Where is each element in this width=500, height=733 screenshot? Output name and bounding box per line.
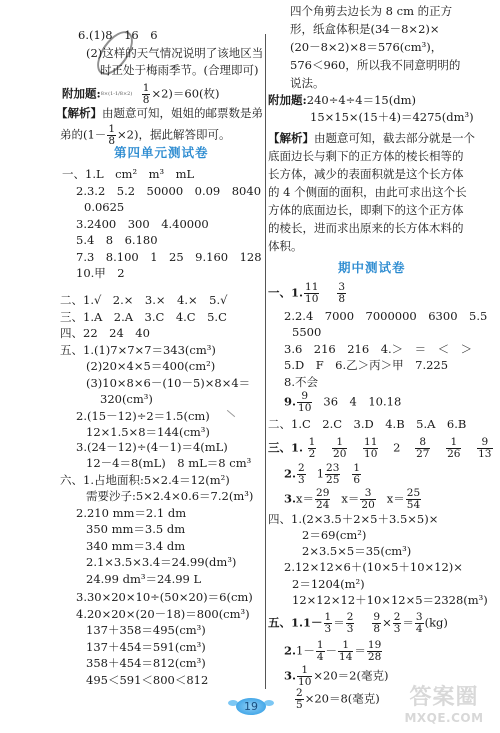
answer-line: 5.D F 6.乙＞丙＞甲 7.225 bbox=[284, 358, 448, 372]
answer-line: (20－8×2)×8＝576(cm³)， bbox=[290, 40, 442, 54]
analysis-label: 【解析】 bbox=[268, 131, 314, 145]
answer-line: 2×3.5×5＝35(cm³) bbox=[302, 544, 411, 558]
fraction: 18 bbox=[107, 124, 116, 147]
fraction: 25 bbox=[295, 688, 304, 711]
answer-line: 25×20＝8(毫克) bbox=[294, 688, 380, 711]
unit: (kg) bbox=[425, 616, 448, 630]
answer-line: (2)20×4×5＝400(cm²) bbox=[86, 359, 215, 373]
answer-line: 12×12×12＋10×12×5＝2328(m³) bbox=[292, 593, 488, 607]
answer-line: 一、1.L cm² m³ mL bbox=[62, 167, 194, 181]
fraction: 2924 bbox=[315, 488, 330, 511]
bonus-expression: 240÷4÷4＝15(dm) bbox=[307, 93, 416, 107]
answer-line: 137＋454＝591(cm³) bbox=[86, 640, 206, 654]
analysis-line: 的 4 个侧面的面积，由此可求出这个长 bbox=[268, 185, 467, 199]
answer-line: (2)这样的天气情况说明了该地区当 bbox=[86, 46, 263, 60]
analysis-text: 由题意可知，姐姐的邮票数是弟 bbox=[102, 106, 263, 120]
operator: ＝ bbox=[333, 616, 345, 630]
fraction: 13 bbox=[324, 612, 333, 635]
analysis-label: 【解析】 bbox=[56, 106, 102, 120]
fraction: 110 bbox=[297, 665, 312, 688]
answer-line: 六、1.占地面积:5×2.4＝12(m²) bbox=[60, 473, 230, 487]
fraction: 23 bbox=[393, 612, 402, 635]
analysis-line: 【解析】由题意可知，姐姐的邮票数是弟 bbox=[56, 106, 263, 120]
answer-line: 5500 bbox=[292, 325, 321, 339]
fraction: 913 bbox=[477, 437, 492, 460]
fraction: 98 bbox=[372, 612, 381, 635]
column-divider bbox=[265, 34, 266, 689]
answer-line: 12－4＝8(mL) 8 mL＝8 cm³ bbox=[86, 456, 251, 470]
answer-line: 358＋454＝812(cm³) bbox=[86, 656, 206, 670]
answer-line: 24.99 dm³＝24.99 L bbox=[86, 572, 201, 586]
answer-text: x＝ bbox=[341, 492, 359, 506]
watermark-text: 答案圈 bbox=[396, 686, 492, 710]
answer-line: 3.(24－12)÷(4－1)＝4(mL) bbox=[76, 440, 228, 454]
answer-line: 二、1.C 2.C 3.D 4.B 5.A 6.B bbox=[268, 417, 466, 431]
answer-line: 15×15×(15＋4)＝4275(dm³) bbox=[310, 110, 474, 124]
answer-line: 五、1.(1)7×7×7＝343(cm³) bbox=[60, 343, 216, 357]
watermark-logo: 答案圈 MXQE.COM bbox=[396, 686, 492, 732]
answer-text: x＝ bbox=[387, 492, 405, 506]
fraction: 320 bbox=[360, 488, 375, 511]
answer-line: 137＋358＝495(cm³) bbox=[86, 623, 206, 637]
item-number: 3. bbox=[284, 492, 296, 506]
answer-line: 说法。 bbox=[290, 76, 325, 90]
fraction: 1110 bbox=[304, 282, 319, 305]
answer-line: 四个角剪去边长为 8 cm 的正方 bbox=[290, 4, 452, 18]
item-number: 9. bbox=[284, 395, 296, 409]
answer-line: 2.2.4 7000 7000000 6300 5.5 bbox=[284, 309, 487, 323]
fraction: 827 bbox=[415, 437, 430, 460]
answer-text: ×20＝2(毫克) bbox=[313, 669, 388, 683]
answer-line: 12×1.5×8＝144(cm³) bbox=[86, 425, 210, 439]
fraction: 14 bbox=[316, 640, 325, 663]
analysis-line: 【解析】由题意可知，截去部分就是一个 bbox=[268, 131, 475, 145]
answer-line: 320(cm³) bbox=[100, 392, 153, 406]
bonus-smallprint: 8×(1-1/8×2) bbox=[101, 92, 141, 97]
answer-line: 二、1.√ 2.× 3.× 4.× 5.√ bbox=[60, 293, 227, 307]
answer-text: 1－ bbox=[296, 644, 315, 658]
item-number: 2. bbox=[284, 467, 296, 481]
answer-line: 3.110×20＝2(毫克) bbox=[284, 665, 388, 688]
answer-line: 2.1×3.5×3.4＝24.99(dm³) bbox=[86, 555, 236, 569]
operator: ＝ bbox=[402, 616, 414, 630]
analysis-text: 弟的(1－ bbox=[60, 128, 106, 142]
answer-line: 四、1.(2×3.5＋2×5＋3.5×5)× bbox=[268, 512, 438, 526]
bonus-label: 附加题: bbox=[268, 93, 307, 107]
answer-line: 7.3 8.100 1 25 9.160 128 bbox=[76, 250, 262, 264]
section-heading-midterm: 期中测试卷 bbox=[338, 261, 406, 275]
answer-line: 2.1－14－114＝1928 bbox=[284, 640, 383, 663]
watermark-url: MXQE.COM bbox=[396, 710, 492, 726]
answer-line: 形，纸盒体积是(34－8×2)× bbox=[290, 22, 440, 36]
answer-line: 三、1. 12 120 1110 2 827 126 913 25 bbox=[268, 437, 500, 460]
bonus-line: 附加题:240÷4÷4＝15(dm) bbox=[268, 93, 416, 107]
bonus-expression: ×2)＝60(枚) bbox=[151, 87, 219, 101]
answer-line: 五、1.1－13＝2398×23＝34(kg) bbox=[268, 612, 448, 635]
section-heading-unit4: 第四单元测试卷 bbox=[114, 146, 209, 160]
answer-line: 2＝69(cm²) bbox=[302, 528, 366, 542]
answer-line: 2.210 mm＝2.1 dm bbox=[76, 506, 186, 520]
answer-text: 1 bbox=[317, 467, 324, 481]
answer-text: ×20＝8(毫克) bbox=[305, 692, 380, 706]
answer-line: 3.6 216 216 4.＞ ＝ ＜ ＞ bbox=[284, 342, 472, 356]
answer-line: 8.不会 bbox=[284, 375, 318, 389]
item-number: 三、1. bbox=[268, 441, 303, 455]
bonus-line: 附加题:8×(1-1/8×2)18×2)＝60(枚) bbox=[62, 83, 219, 106]
fraction: 1110 bbox=[363, 437, 378, 460]
answer-line: 576＜960，所以我不同意明明的 bbox=[290, 58, 460, 72]
fraction: 23 bbox=[297, 463, 306, 486]
answer-line: 340 mm＝3.4 dm bbox=[86, 539, 185, 553]
answer-line: 495＜591＜800＜812 bbox=[86, 673, 208, 687]
bonus-label: 附加题: bbox=[62, 87, 101, 101]
answer-line: 需要沙子:5×2.4×0.6＝7.2(m³) bbox=[86, 489, 253, 503]
answer-line: 一、1.111038 bbox=[268, 282, 347, 305]
answer-line: 6.(1)8 16 6 bbox=[78, 28, 158, 42]
answer-line: 3.2400 300 4.40000 bbox=[76, 217, 209, 231]
item-number: 一、1. bbox=[268, 286, 303, 300]
fraction: 16 bbox=[352, 463, 361, 486]
analysis-text: 由题意可知，截去部分就是一个 bbox=[314, 131, 475, 145]
answer-line: 2.3.2 5.2 50000 0.09 8040 bbox=[76, 184, 261, 198]
answer-line: 10.甲 2 bbox=[76, 266, 125, 280]
answer-line: 2.231232516 bbox=[284, 463, 362, 486]
analysis-line: 弟的(1－18×2)，据此解答即可。 bbox=[60, 124, 230, 147]
analysis-line: 长方体，减少的表面积就是这个长方体 bbox=[268, 167, 464, 181]
fraction: 23 bbox=[346, 612, 355, 635]
answer-line: 时正处于梅雨季节。(合理即可) bbox=[100, 63, 258, 77]
fraction: 12 bbox=[308, 437, 317, 460]
fraction: 1928 bbox=[367, 640, 382, 663]
page-number: 19 bbox=[236, 698, 266, 715]
operator: × bbox=[382, 616, 392, 630]
operator: － bbox=[326, 644, 338, 658]
fraction: 2554 bbox=[406, 488, 421, 511]
answer-line: 2.(15－12)÷2＝1.5(cm) bbox=[76, 409, 210, 423]
answer-line: 5.4 8 6.180 bbox=[76, 233, 158, 247]
stray-mark bbox=[227, 410, 235, 417]
answer-line: 3.x＝2924x＝320x＝2554 bbox=[284, 488, 422, 511]
analysis-text: ×2)，据此解答即可。 bbox=[117, 128, 230, 142]
fraction: 120 bbox=[332, 437, 347, 460]
answer-line: 2＝1204(m²) bbox=[292, 577, 365, 591]
fraction: 126 bbox=[446, 437, 461, 460]
answer-line: 四、22 24 40 bbox=[60, 326, 150, 340]
fraction: 910 bbox=[297, 391, 312, 414]
fraction: 18 bbox=[142, 83, 151, 106]
item-number: 五、1.1－ bbox=[268, 616, 323, 630]
fraction: 34 bbox=[415, 612, 424, 635]
answer-line: 9.91036 4 10.18 bbox=[284, 391, 401, 414]
analysis-line: 体积。 bbox=[268, 239, 303, 253]
answer-line: 三、1.A 2.A 3.C 4.C 5.C bbox=[60, 310, 227, 324]
item-number: 3. bbox=[284, 669, 296, 683]
answer-line: 3.30×20×10÷(50×20)＝6(cm) bbox=[76, 590, 253, 604]
answer-line: 4.20×20×(20－18)＝800(cm³) bbox=[76, 607, 250, 621]
operator: ＝ bbox=[354, 644, 366, 658]
analysis-line: 的棱长，进而求出原来的长方体木料的 bbox=[268, 221, 464, 235]
answer-line: (3)10×8×6－(10－5)×8×4＝ bbox=[86, 376, 250, 390]
answer-line: 350 mm＝3.5 dm bbox=[86, 522, 185, 536]
answer-line: 2.12×12×6＋(10×5＋10×12)× bbox=[284, 560, 463, 574]
fraction: 38 bbox=[337, 282, 346, 305]
item-number: 2. bbox=[284, 644, 296, 658]
answer-text: 2 bbox=[393, 441, 400, 455]
fraction: 2325 bbox=[325, 463, 340, 486]
answer-text: 36 4 10.18 bbox=[323, 395, 401, 409]
answer-line: 0.0625 bbox=[84, 200, 124, 214]
analysis-line: 方体的底面边长，即剩下的这个正方体 bbox=[268, 203, 464, 217]
analysis-line: 底面边长与剩下的正方体的棱长相等的 bbox=[268, 149, 464, 163]
fraction: 114 bbox=[338, 640, 353, 663]
answer-text: x＝ bbox=[296, 492, 314, 506]
